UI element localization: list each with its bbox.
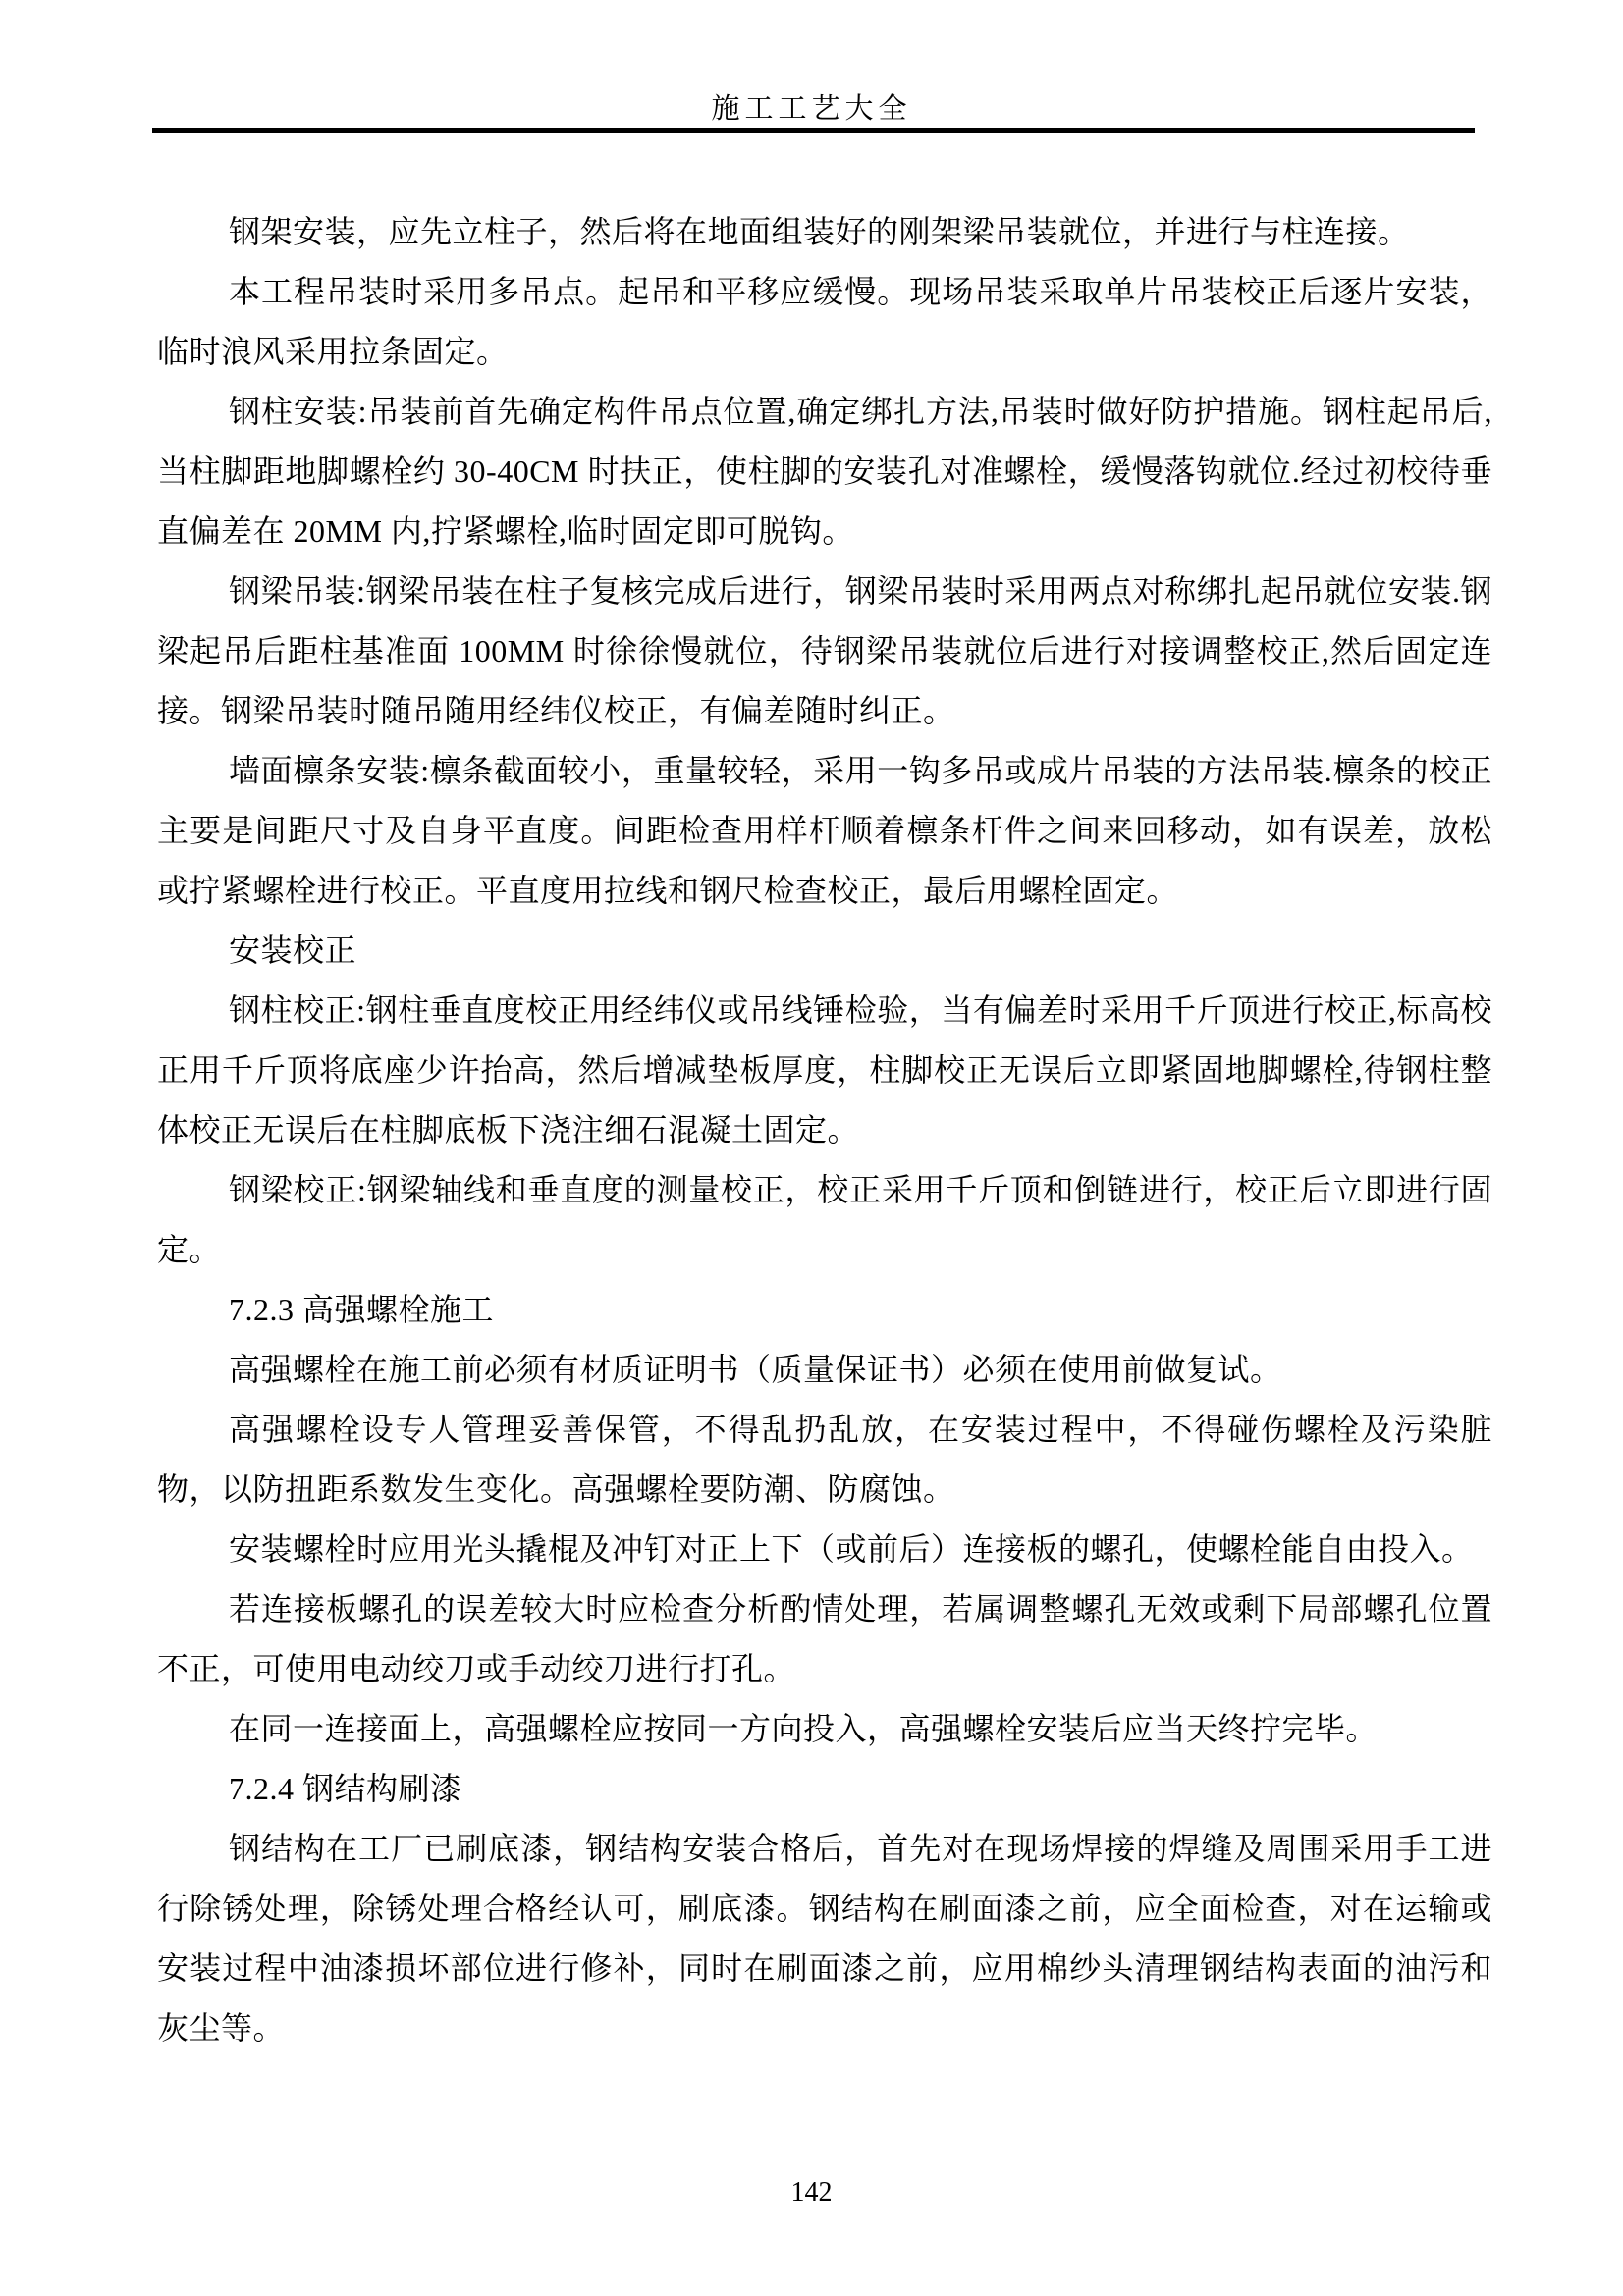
page-number: 142	[0, 2177, 1623, 2209]
paragraph-steel-column-correction: 钢柱校正:钢柱垂直度校正用经纬仪或吊线锤检验，当有偏差时采用千斤顶进行校正,标高…	[157, 981, 1492, 1160]
paragraph-wall-purlin-install: 墙面檩条安装:檩条截面较小，重量较轻，采用一钩多吊或成片吊装的方法吊装.檩条的校…	[157, 741, 1492, 921]
paragraph-bolt-hole-error: 若连接板螺孔的误差较大时应检查分析酌情处理，若属调整螺孔无效或剩下局部螺孔位置不…	[157, 1579, 1492, 1699]
paragraph-bolt-certificate: 高强螺栓在施工前必须有材质证明书（质量保证书）必须在使用前做复试。	[157, 1340, 1492, 1400]
document-header-title: 施工工艺大全	[0, 86, 1623, 127]
document-page: 施工工艺大全 钢架安装，应先立柱子，然后将在地面组装好的刚架梁吊装就位，并进行与…	[0, 0, 1623, 2296]
paragraph-steel-beam-correction: 钢梁校正:钢梁轴线和垂直度的测量校正，校正采用千斤顶和倒链进行，校正后立即进行固…	[157, 1160, 1492, 1280]
paragraph-bolt-alignment: 安装螺栓时应用光头撬棍及冲钉对正上下（或前后）连接板的螺孔，使螺栓能自由投入。	[157, 1520, 1492, 1579]
paragraph-hoisting-points: 本工程吊装时采用多吊点。起吊和平移应缓慢。现场吊装采取单片吊装校正后逐片安装，临…	[157, 262, 1492, 382]
paragraph-bolt-direction: 在同一连接面上，高强螺栓应按同一方向投入，高强螺栓安装后应当天终拧完毕。	[157, 1699, 1492, 1759]
paragraph-install-correction-heading: 安装校正	[157, 921, 1492, 981]
paragraph-steel-column-install: 钢柱安装:吊装前首先确定构件吊点位置,确定绑扎方法,吊装时做好防护措施。钢柱起吊…	[157, 382, 1492, 561]
paragraph-steel-frame-install: 钢架安装，应先立柱子，然后将在地面组装好的刚架梁吊装就位，并进行与柱连接。	[157, 202, 1492, 262]
paragraph-steel-painting: 钢结构在工厂已刷底漆，钢结构安装合格后，首先对在现场焊接的焊缝及周围采用手工进行…	[157, 1819, 1492, 2058]
section-heading-7-2-3: 7.2.3 高强螺栓施工	[157, 1280, 1492, 1340]
document-body: 钢架安装，应先立柱子，然后将在地面组装好的刚架梁吊装就位，并进行与柱连接。 本工…	[157, 202, 1492, 2058]
paragraph-bolt-storage: 高强螺栓设专人管理妥善保管，不得乱扔乱放，在安装过程中，不得碰伤螺栓及污染脏物，…	[157, 1400, 1492, 1520]
header-divider	[152, 128, 1475, 133]
section-heading-7-2-4: 7.2.4 钢结构刷漆	[157, 1759, 1492, 1819]
paragraph-steel-beam-hoisting: 钢梁吊装:钢梁吊装在柱子复核完成后进行，钢梁吊装时采用两点对称绑扎起吊就位安装.…	[157, 561, 1492, 741]
